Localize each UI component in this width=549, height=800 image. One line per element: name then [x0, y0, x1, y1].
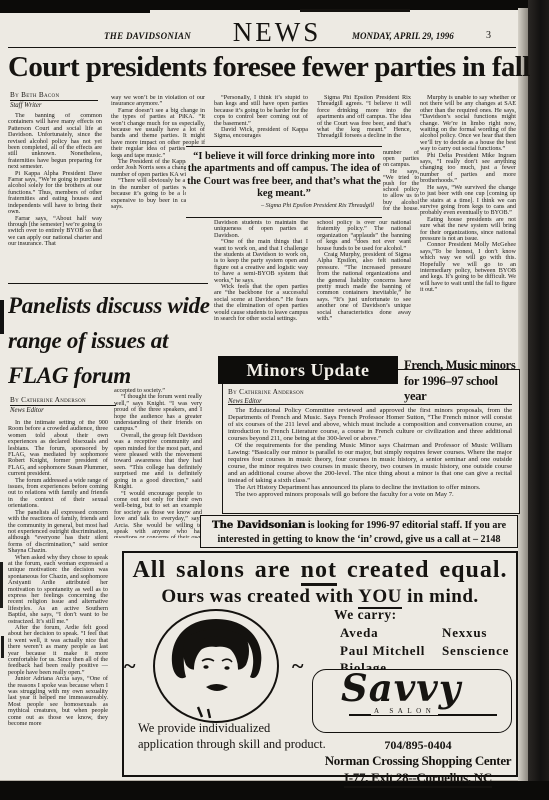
paragraph: The banning of common containers will ha… [8, 113, 102, 171]
minors-update-kicker: Minors Update [218, 356, 398, 384]
byline-title: News Editor [10, 406, 116, 414]
scan-edge-top-mid [300, 9, 410, 12]
lead-column-4-top: Sigma Phi Epsilon President Rix Threadgi… [317, 95, 411, 143]
newspaper-scan-page: { "masthead": { "paper": "THE DAVIDSONIA… [0, 0, 549, 800]
scan-mark [0, 300, 4, 334]
pull-quote-text: “I believe it will force drinking more i… [186, 151, 382, 201]
lead-column-3-top: “Personally, I think it’s stupid to ban … [214, 95, 308, 143]
paragraph: The panelists all expressed concern with… [8, 510, 108, 555]
tilde-flourish: ~ [124, 653, 135, 679]
paragraph: Paul Mitchell [340, 642, 425, 660]
paragraph: “I thought the forum went really well,” … [114, 394, 202, 432]
paragraph: Senscience [442, 642, 509, 660]
paragraph: Wick feels that the open parties are “th… [214, 284, 308, 322]
lead-article-byline: By Beth Bacon Staff Writer [10, 91, 98, 109]
lead-column-5: Murphy is unable to say whether or not t… [420, 95, 516, 388]
paragraph: Pi Kappa Alpha President Dave Farrar say… [8, 171, 102, 216]
minors-byline-rule [228, 404, 512, 405]
we-carry-label: We carry: [334, 607, 397, 623]
paragraph: Aveda [340, 624, 425, 642]
paragraph: Connor President Molly McGehee says,“To … [420, 242, 516, 293]
paragraph: David Wick, president of Kappa Sigma, en… [214, 127, 308, 140]
salon-ad-headline: All salons are not created equal. [124, 557, 516, 584]
paragraph: number of open parties on campus. [383, 150, 419, 169]
paragraph: He says, “We tried to push for the schoo… [383, 169, 419, 212]
pull-quote-attribution: – Sigma Phi Epsilon President Rix Thread… [186, 202, 382, 209]
paragraph: When asked why they chose to speak at th… [8, 555, 108, 625]
salon-subhead-text: Ours was created with [161, 586, 358, 607]
paragraph: Of the requirements for the pending Musi… [228, 442, 512, 484]
paragraph: “Personally, I think it’s stupid to ban … [214, 95, 308, 127]
tilde-flourish: ~ [292, 653, 303, 679]
byline-author: By Catherine Anderson [228, 388, 338, 397]
paragraph: “One of the main things that I want to w… [214, 239, 308, 284]
lead-article-headline: Court presidents foresee fewer parties i… [8, 51, 520, 84]
brand-list-right: NexxusSenscience [442, 624, 509, 659]
minors-body: The Educational Policy Committee reviewe… [228, 407, 512, 510]
salon-blurb: We provide individualized application th… [138, 721, 328, 752]
byline-author: By Beth Bacon [10, 91, 98, 101]
scan-mark [1, 636, 4, 658]
scan-edge-top-left [0, 9, 150, 13]
paragraph: Sigma Phi Epsilon President Rix Threadgi… [317, 95, 411, 140]
minors-byline: By Catherine Anderson News Editor [228, 388, 338, 405]
pull-quote: “I believe it will force drinking more i… [186, 146, 382, 218]
paragraph: “I would encourage people to come out no… [114, 491, 202, 539]
paragraph: He says, “We survived the change to just… [420, 185, 516, 217]
scan-edge-right [528, 0, 549, 800]
davidsonian-staff-house-ad: The Davidsonian is looking for 1996-97 e… [200, 515, 518, 548]
savvy-logo: Savvy [341, 666, 461, 710]
section-rule [8, 283, 208, 284]
scan-mark [0, 562, 3, 608]
masthead-date: MONDAY, APRIL 29, 1996 [352, 31, 472, 41]
paragraph: Junior Adriana Arcia says, “One of the r… [8, 676, 108, 727]
paragraph: The Art History Department has announced… [228, 484, 512, 491]
lead-column-1: The banning of common containers will ha… [8, 113, 102, 283]
savvy-logo-box: Savvy A SALON [312, 669, 512, 733]
salon-headline-underlined: not [301, 557, 337, 586]
salon-contact-block: 704/895-0404 Norman Crossing Shopping Ce… [320, 738, 516, 788]
savvy-logo-tagline: A SALON [371, 707, 438, 715]
salon-subhead-underlined: YOU [358, 586, 402, 609]
salon-headline-text: created equal. [337, 557, 508, 583]
salon-subhead-text: in mind. [402, 586, 479, 607]
masthead-page-number: 3 [486, 30, 500, 41]
paragraph: In the intimate setting of the 900 Room … [8, 420, 108, 478]
savvy-salon-ad: All salons are not created equal. Ours w… [122, 551, 518, 777]
paragraph: Farrar says, “About half way through [th… [8, 216, 102, 248]
salon-headline-text: All salons are [132, 557, 300, 583]
byline-title: Staff Writer [10, 101, 98, 109]
salon-address-line1: Norman Crossing Shopping Center [320, 753, 516, 769]
stylist-model-illustration: ~ ~ [136, 607, 296, 725]
paragraph: Overall, the group felt Davidson was a r… [114, 433, 202, 491]
masthead-rule [8, 47, 516, 48]
flag-column-2: accepted to society.”“I thought the foru… [114, 388, 202, 538]
flag-article-headline: Panelists discuss wide range of issues a… [8, 288, 216, 393]
paragraph: Nexxus [442, 624, 509, 642]
paragraph: school policy is over our national frate… [317, 220, 411, 252]
paragraph: Eating house presidents are not sure wha… [420, 217, 516, 243]
paragraph: Murphy is unable to say whether or not t… [420, 95, 516, 153]
salon-ad-subheadline: Ours was created with YOU in mind. [124, 586, 516, 608]
masthead-section-title: NEWS [212, 17, 342, 48]
paragraph: After the forum, Ardie felt good about h… [8, 625, 108, 676]
masthead-paper-name: THE DAVIDSONIAN [104, 31, 224, 41]
paragraph: way we won’t be in violation of our insu… [111, 95, 205, 108]
paragraph: Craig Murphy, president of Sigma Alpha E… [317, 252, 411, 322]
flag-column-1: In the intimate setting of the 900 Room … [8, 420, 108, 776]
minors-headline: French, Music minors for 1996–97 school … [404, 358, 516, 405]
salon-phone: 704/895-0404 [320, 738, 516, 753]
house-ad-paper-name: The Davidsonian [212, 520, 305, 531]
paragraph: Phi Delta President Mike Ingram says, “I… [420, 153, 516, 185]
paragraph: The forum addressed a wide range of issu… [8, 478, 108, 510]
paragraph: Davidson students to maintain the unique… [214, 220, 308, 239]
paragraph: The Educational Policy Committee reviewe… [228, 407, 512, 442]
salon-address-line2: I-77, Exit 28--Cornelius, NC [344, 770, 492, 788]
flag-article-byline: By Catherine Anderson News Editor [10, 396, 116, 414]
paragraph: The two approved minors proposals will g… [228, 491, 512, 498]
byline-author: By Catherine Anderson [10, 396, 116, 406]
lead-column-4-beside-quote: number of open parties on campus.He says… [383, 150, 419, 212]
